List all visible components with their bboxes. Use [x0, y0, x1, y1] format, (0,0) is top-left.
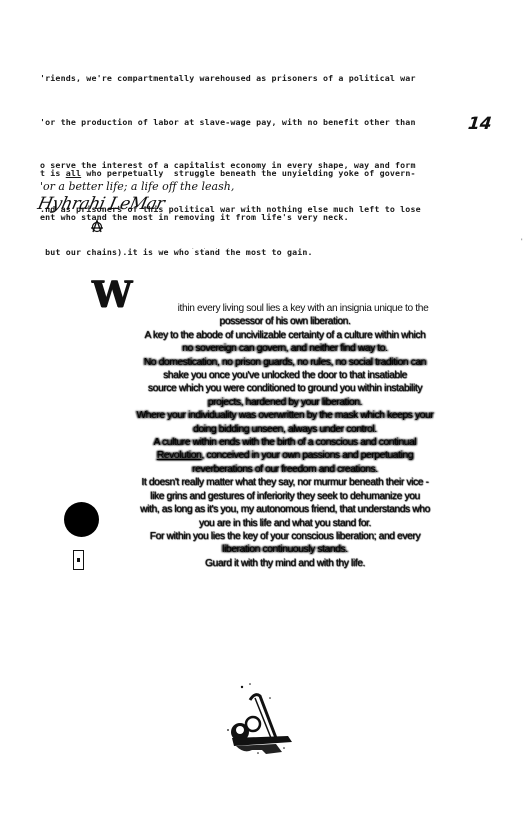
poem-line: For within you lies the key of your cons…	[100, 530, 470, 543]
scanned-letter-page: 'riends, we're compartmentally warehouse…	[0, 0, 525, 813]
anarchy-a-icon	[90, 219, 104, 233]
poem-line: no sovereign can govern, and neither fin…	[100, 342, 470, 355]
scan-mark: '	[521, 238, 523, 245]
poem-line: Where your individuality was overwritten…	[100, 409, 470, 422]
typed-line: t is all who perpetually struggle beneat…	[40, 166, 416, 181]
poem-line: with, as long as it's you, my autonomous…	[100, 503, 470, 516]
poem-line: like grins and gestures of inferiority t…	[100, 490, 470, 503]
poem-line: Revolution, conceived in your own passio…	[100, 449, 470, 462]
poem-line: Guard it with thy mind and with thy life…	[100, 557, 470, 570]
typed-text: t is	[40, 168, 66, 178]
typed-text: who perpetually struggle beneath the uny…	[81, 168, 415, 178]
poem-line: projects, hardened by your liberation.	[100, 396, 470, 409]
poem-line: doing bidding unseen, always under contr…	[100, 423, 470, 436]
underlined-word: Revolution	[157, 450, 202, 461]
poem-line: reverberations of our freedom and creati…	[100, 463, 470, 476]
typed-line: 'or the production of labor at slave-wag…	[40, 115, 421, 130]
poem-block: ithin every living soul lies a key with …	[100, 302, 470, 570]
poem-line: liberation continuously stands.	[100, 543, 470, 556]
poem-line: It doesn't really matter what they say, …	[100, 476, 470, 489]
scan-specks: · · · · ·	[180, 246, 233, 253]
poem-line: shake you once you've unlocked the door …	[100, 369, 470, 382]
poem-line: A key to the abode of uncivilizable cert…	[100, 329, 470, 342]
poem-line: A culture within ends with the birth of …	[100, 436, 470, 449]
poem-line: ithin every living soul lies a key with …	[100, 302, 470, 315]
poem-line-rest: , conceived in your own passions and per…	[201, 450, 413, 461]
poem-line: No domestication, no prison guards, no r…	[100, 356, 470, 369]
small-rectangle-icon	[73, 550, 84, 570]
poem-line: you are in this life and what you stand …	[100, 517, 470, 530]
handwritten-closing: 'or a better life; a life off the leash,	[40, 180, 234, 193]
handwritten-signature: Hyhrahi LeMar	[36, 194, 166, 214]
underlined-emphasis: all	[66, 168, 81, 178]
filled-circle-icon	[64, 502, 99, 537]
poem-line: source which you were conditioned to gro…	[100, 382, 470, 395]
circle-a-emblem-icon	[222, 680, 302, 755]
handwritten-page-number: 14	[467, 114, 493, 134]
poem-line: possessor of his own liberation.	[100, 315, 470, 328]
typed-line: 'riends, we're compartmentally warehouse…	[40, 71, 421, 86]
